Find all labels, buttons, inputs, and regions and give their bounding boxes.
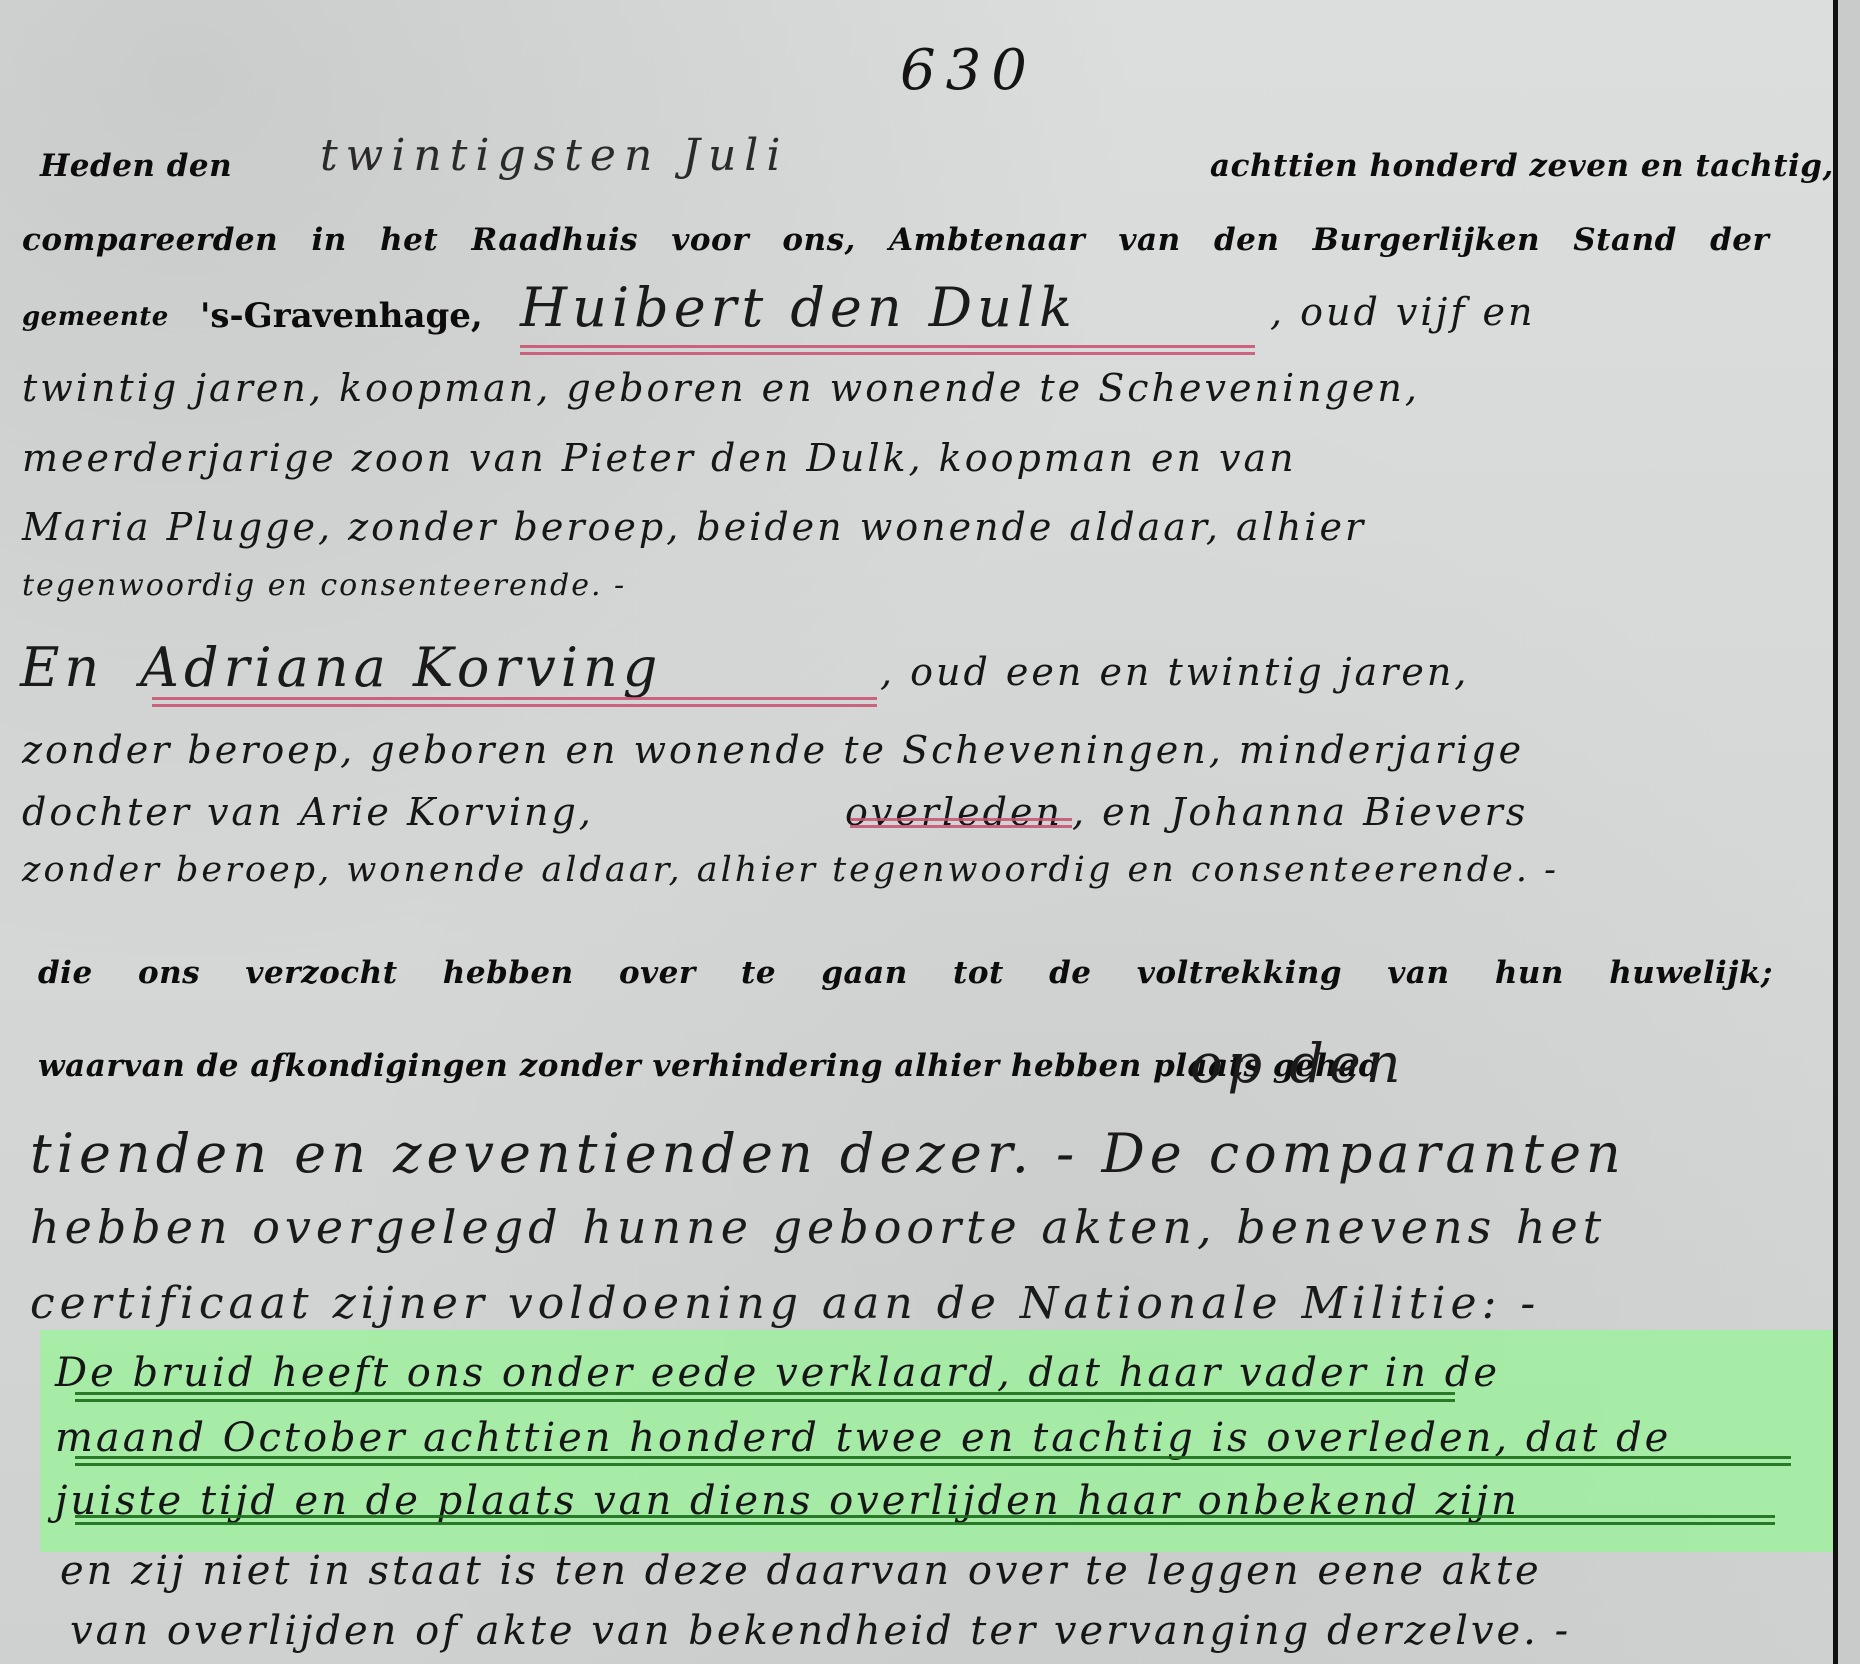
page-number: 630 (900, 38, 1037, 103)
handwritten-text: meerderjarige zoon van Pieter den Dulk, … (22, 436, 1297, 480)
printed-text: compareerden in het Raadhuis voor ons, A… (22, 222, 1769, 258)
printed-text: gemeente (22, 302, 169, 332)
groom-name: Huibert den Dulk (520, 276, 1077, 339)
page-margin-rule (1833, 0, 1838, 1664)
green-underline (75, 1392, 1455, 1402)
handwritten-text: En (20, 636, 104, 699)
handwritten-text: op den (1190, 1032, 1406, 1095)
handwritten-text: hebben overgelegd hunne geboorte akten, … (30, 1200, 1606, 1254)
page-edge (1838, 0, 1860, 1664)
marriage-record-page: 630 Heden den twintigsten Juli achttien … (0, 0, 1860, 1664)
handwritten-text: dochter van Arie Korving, (22, 790, 594, 834)
red-underline (520, 345, 1255, 355)
handwritten-text: van overlijden of akte van bekendheid te… (70, 1608, 1571, 1654)
printed-text: die ons verzocht hebben over te gaan tot… (38, 955, 1773, 991)
printed-text: waarvan de afkondigingen zonder verhinde… (38, 1048, 1381, 1084)
green-underline (75, 1515, 1775, 1525)
handwritten-text: , en Johanna Bievers (1072, 790, 1528, 834)
handwritten-text: zonder beroep, geboren en wonende te Sch… (22, 728, 1524, 772)
printed-year: achttien honderd zeven en tachtig, (1210, 148, 1834, 184)
red-underline (152, 697, 877, 707)
municipality-name: 's-Gravenhage, (200, 296, 483, 336)
handwritten-date: twintigsten Juli (320, 130, 788, 181)
handwritten-text: en zij niet in staat is ten deze daarvan… (60, 1548, 1542, 1594)
handwritten-text: tegenwoordig en consenteerende. - (22, 568, 626, 603)
highlighted-text: maand October achttien honderd twee en t… (55, 1415, 1671, 1461)
green-underline (75, 1456, 1791, 1466)
handwritten-text: tienden en zeventienden dezer. - De comp… (30, 1122, 1626, 1185)
bride-name: Adriana Korving (140, 636, 662, 699)
handwritten-text: zonder beroep, wonende aldaar, alhier te… (22, 850, 1559, 890)
handwritten-text: Maria Plugge, zonder beroep, beiden wone… (22, 505, 1366, 549)
handwritten-text: certificaat zijner voldoening aan de Nat… (30, 1278, 1540, 1329)
printed-text: Heden den (40, 148, 232, 184)
handwritten-text: , oud vijf en (1270, 290, 1535, 334)
handwritten-text: twintig jaren, koopman, geboren en wonen… (22, 366, 1420, 410)
highlighted-text: De bruid heeft ons onder eede verklaard,… (55, 1350, 1500, 1396)
red-underline (850, 818, 1072, 828)
handwritten-text: , oud een en twintig jaren, (880, 650, 1469, 694)
